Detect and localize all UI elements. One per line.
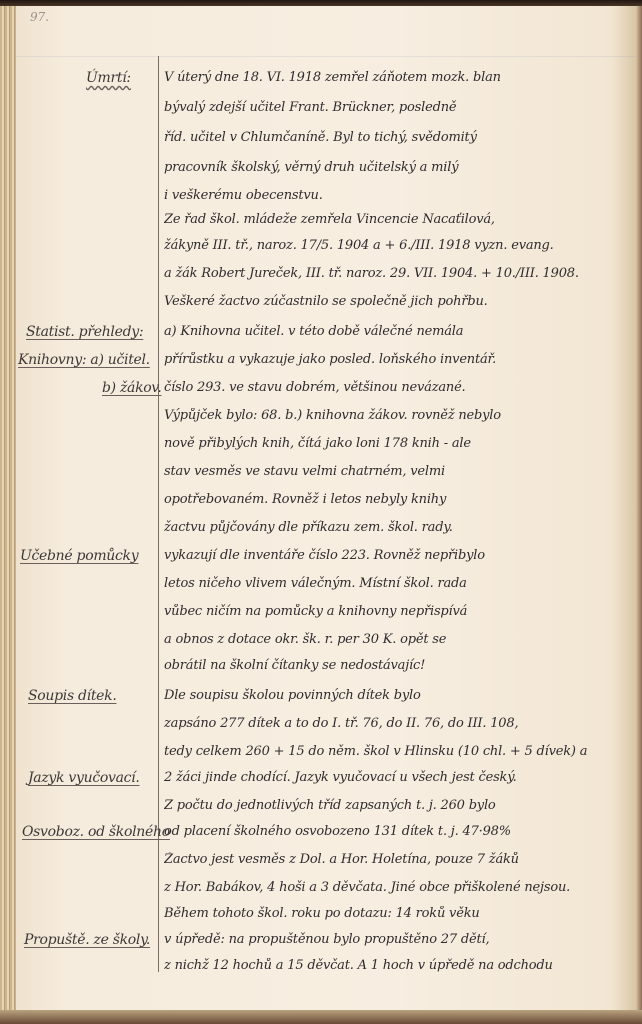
body-line: přírůstku a vykazuje jako posled. loňské… [164,352,634,367]
body-line: Žactvo jest vesměs z Dol. a Hor. Holetín… [164,852,634,867]
margin-heading-dismissal: Propuště. ze školy. [24,932,150,948]
body-line: a obnos z dotace okr. šk. r. per 30 K. o… [164,632,634,647]
body-line: bývalý zdejší učitel Frant. Brückner, po… [164,100,634,115]
book-bottom-edge [0,1010,642,1024]
body-line: číslo 293. ve stavu dobrém, většinou nev… [164,380,634,395]
margin-heading-language: Jazyk vyučovací. [28,770,140,786]
body-line: vykazují dle inventáře číslo 223. Rovněž… [164,548,634,563]
body-line: Dle soupisu školou povinných dítek bylo [164,688,634,703]
body-line: Z počtu do jednotlivých tříd zapsaných t… [164,798,634,813]
body-line: v úpředě: na propuštěnou bylo propuštěno… [164,932,634,947]
body-line: 2 žáci jinde chodící. Jazyk vyučovací u … [164,770,634,785]
body-line: od placení školného osvobozeno 131 dítek… [164,824,634,839]
page-stack-edge [0,6,16,1010]
body-line: i veškerému obecenstvu. [164,188,634,203]
body-line: letos ničeho vlivem válečným. Místní ško… [164,576,634,591]
margin-heading-deaths: Úmrtí: [86,70,131,86]
body-line: z Hor. Babákov, 4 hoši a 3 děvčata. Jiné… [164,880,634,895]
body-line: obrátil na školní čítanky se nedostávají… [164,658,634,673]
margin-heading-student-library: b) žákov. [102,380,162,396]
body-line: zapsáno 277 dítek a to do I. tř. 76, do … [164,716,634,731]
body-line: nově přibylých knih, čítá jako loni 178 … [164,436,634,451]
body-line: Během tohoto škol. roku po dotazu: 14 ro… [164,906,634,921]
book-right-edge [636,6,642,1010]
margin-heading-statistics: Statist. přehledy: [26,324,143,340]
body-line: tedy celkem 260 + 15 do něm. škol v Hlin… [164,744,634,759]
body-line: Výpůjček bylo: 68. b.) knihovna žákov. r… [164,408,634,423]
body-line: opotřebovaném. Rovněž i letos nebyly kni… [164,492,634,507]
body-line: Veškeré žactvo zúčastnilo se společně ji… [164,294,634,309]
body-line: pracovník školský, věrný druh učitelský … [164,160,634,175]
body-line: V úterý dne 18. VI. 1918 zemřel záňotem … [164,70,634,85]
margin-heading-teaching-aids: Učebné pomůcky [20,548,138,564]
body-line: žákyně III. tř., naroz. 17/5. 1904 a + 6… [164,238,634,253]
body-line: žactvu půjčovány dle příkazu zem. škol. … [164,520,634,535]
body-line: říd. učitel v Chlumčaníně. Byl to tichý,… [164,130,634,145]
ruling-line [16,56,636,57]
body-line: a žák Robert Jureček, III. tř. naroz. 29… [164,266,634,281]
margin-heading-libraries: Knihovny: a) učitel. [18,352,150,368]
body-line: stav vesměs ve stavu velmi chatrném, vel… [164,464,634,479]
body-line: vůbec ničím na pomůcky a knihovny nepřis… [164,604,634,619]
chronicle-page: 97. Úmrtí: V úterý dne 18. VI. 1918 zemř… [16,6,636,1010]
margin-heading-census: Soupis dítek. [28,688,117,704]
body-line: a) Knihovna učitel. v této době válečné … [164,324,634,339]
margin-heading-fee-exemption: Osvoboz. od školného [22,824,170,840]
body-line: z nichž 12 hochů a 15 děvčat. A 1 hoch v… [164,958,634,973]
page-number: 97. [30,10,49,24]
body-line: Ze řad škol. mládeže zemřela Vincencie N… [164,212,634,227]
